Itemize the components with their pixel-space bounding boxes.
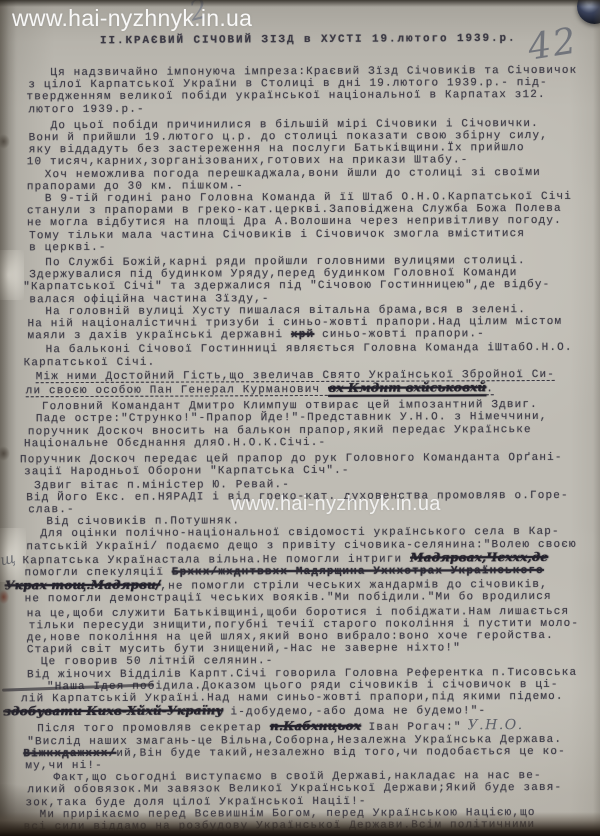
typed-text: слав.- <box>28 504 75 516</box>
typed-text: маяли з дахів українські державні <box>27 329 291 342</box>
typed-text: синьо-жовті прапори.- <box>314 329 485 342</box>
pencil-note: У.Н.О. <box>462 717 524 733</box>
typed-text: му,чи ні!- <box>25 760 103 772</box>
typed-text: і-добудемо,-або дома не будемо!"- <box>223 705 487 718</box>
typed-text: Після того промовляв секретар <box>37 723 270 736</box>
struck-handwriting: Мадярвах,Чеххх,де <box>410 550 548 565</box>
typed-text: Здвиг вітає п.міністер Ю. Ревай.- <box>34 479 290 492</box>
typed-text: Старий світ мусить бути знищений,-Нас не… <box>27 642 461 656</box>
typed-text: валася офіційна частина Зїзду,- <box>29 293 269 306</box>
typed-text: На бальконі Січової Гостинниці являється… <box>46 342 573 356</box>
document-line: На бальконі Січової Гостинниці являється… <box>0 342 600 357</box>
typed-text: . <box>486 383 494 395</box>
typed-text: Тому тільки мала частина Січовиків і Січ… <box>29 228 525 242</box>
scanned-document-page: ІІ.КРАЄВИЙ СІЧОВИЙ ЗІЗД в ХУСТІ 19.лютог… <box>0 0 600 836</box>
typed-text: де,нове покоління на цей шлях,який воно … <box>27 630 554 644</box>
document-line: Тому тільки мала частина Січовиків і Січ… <box>0 227 600 242</box>
document-line: не помогли демонстрації чеських вояків."… <box>1 591 600 606</box>
document-body: Ця надзвичайно імпонуюча імпреза:Краєвий… <box>0 65 600 834</box>
struck-handwriting: вх Кмднт вхйськовхй <box>328 380 486 395</box>
document-line: всі сили віддамо на розбудову Українсько… <box>2 819 600 834</box>
handwritten-page-number: 42 <box>525 20 581 68</box>
typed-text: лютого 1939.р.- <box>28 103 144 116</box>
document-line: ли своєю особою Пан Генерал Курманович в… <box>0 381 600 398</box>
pin-head-object <box>577 0 600 24</box>
typed-text: Від січовиків п.Потушняк. <box>46 515 240 528</box>
typed-text: ий,Він буде такий,незалежно від того,чи … <box>116 746 566 760</box>
document-title: ІІ.КРАЄВИЙ СІЧОВИЙ ЗІЗД в ХУСТІ 19.лютог… <box>100 33 517 48</box>
struck-typed-text: Віжкхдажххх/ <box>23 748 116 760</box>
typed-text: всі сили віддамо на розбудову Українсько… <box>24 819 536 833</box>
document-line: лютого 1939.р.- <box>0 101 600 116</box>
typed-text: Іван Рогач:" <box>361 722 462 734</box>
typed-text: Карпатської Січі. <box>24 356 156 369</box>
document-line: маяли з дахів українські державні хрй си… <box>0 328 600 343</box>
typed-text: в церкві.- <box>29 242 107 254</box>
document-line: Віжкхдажххх/ий,Він буде такий,незалежно … <box>1 745 600 760</box>
struck-handwriting: Украх тощ.Мадярви/ <box>5 578 161 593</box>
struck-handwriting: здобувати Кихв-Хйхй-Україну <box>3 704 223 719</box>
document-line: "Карпатської Січі" та здержалися під "Сі… <box>0 279 600 294</box>
document-line: твердженням великої побіди української н… <box>0 89 600 104</box>
document-line: Хоч неможлива погода перешкаджала,вони й… <box>0 166 600 181</box>
document-line: Карпатської Січі. <box>0 354 600 369</box>
typed-text: ликий обовязок.Ми завязок Великої Україн… <box>27 782 562 796</box>
typed-text: не помогли демонстрації чеських вояків."… <box>25 591 552 605</box>
typed-text: Хоч неможлива погода перешкаджала,вони й… <box>45 167 541 181</box>
typed-text: Це говорив 50 літній селянин.- <box>41 656 274 669</box>
typed-text: твердженням великої побіди української н… <box>26 89 545 103</box>
typed-text: "Карпатської Січі" та здержалися під "Сі… <box>23 279 550 293</box>
typed-text: Національне Обєднання дляО.Н.О.К.Січі.- <box>24 437 326 450</box>
typed-text: зації Народньої Оборони "Карпатська Січ"… <box>24 465 350 478</box>
watermark-top: www.hai-nyzhnyk.in.ua <box>12 5 252 32</box>
struck-handwriting: п.Кабхнцьох <box>270 719 361 733</box>
typed-text: прапорами до 30 км. пішком.- <box>27 180 244 193</box>
typed-text: поручник Доскоч вносить на балькон прапо… <box>28 424 532 438</box>
typed-text: ли своєю особою Пан Генерал Курманович <box>26 384 328 397</box>
struck-typed-text: хрй <box>291 329 314 341</box>
document-line: зації Народньої Оборони "Карпатська Січ"… <box>0 464 600 479</box>
watermark-middle: www.hai-nyzhnyk.in.ua <box>231 493 441 516</box>
document-line: в церкві.- <box>0 239 600 254</box>
document-line: Національне Обєднання дляО.Н.О.К.Січі.- <box>0 436 600 451</box>
